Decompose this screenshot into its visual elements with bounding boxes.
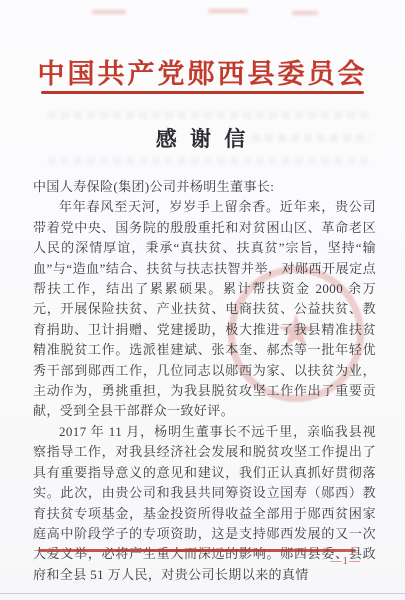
footer-rule: [38, 549, 356, 552]
letterhead-title: 中国共产党郧西县委员会: [0, 52, 405, 91]
page-number: —1—: [331, 555, 362, 567]
scanned-letter-page: 中国共产党郧西县委员会 感 谢 信 ★ 中国人寿保险(集团)公司并杨明生董事长:…: [0, 0, 405, 600]
scan-artifact-bleedthrough: [48, 157, 371, 165]
paragraph-1: 年年春风至天河，岁岁手上留余香。近年来，贵公司带着党中央、国务院的殷殷重托和对贫…: [33, 197, 376, 421]
page-edge-shadow: [0, 593, 405, 594]
document-title: 感 谢 信: [0, 123, 405, 153]
letter-body: 中国人寿保险(集团)公司并杨明生董事长: 年年春风至天河，岁岁手上留余香。近年来…: [33, 177, 376, 585]
scan-artifact-speck: [208, 9, 248, 13]
letterhead-underline: [41, 91, 364, 94]
scan-artifact-bleedthrough: [48, 111, 371, 119]
salutation: 中国人寿保险(集团)公司并杨明生董事长:: [33, 177, 376, 197]
scan-artifact-speck: [292, 11, 318, 15]
scan-artifact-speck: [92, 10, 126, 14]
paragraph-2: 2017 年 11 月，杨明生董事长不远千里，亲临我县视察指导工作，对我县经济社…: [33, 422, 376, 585]
